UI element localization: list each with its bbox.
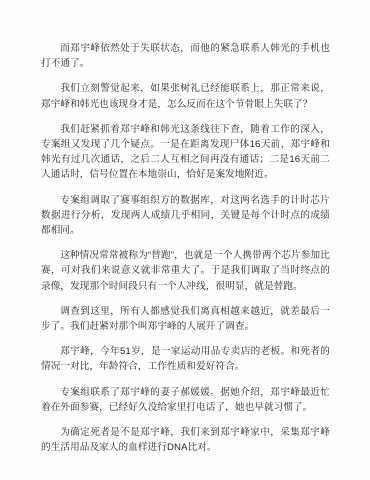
paragraph: 这种情况常常被称为“替跑”，也就是一个人携带两个芯片参加比赛，可对我们来说意义就… (41, 248, 330, 294)
paragraph: 专案组调取了赛事组织方的数据库，对这两名选手的计时芯片数据进行分析，发现两人成绩… (41, 193, 330, 239)
paragraph: 而郑宇峰依然处于失联状态，而他的紧急联系人韩光的手机也打不通了。 (41, 41, 330, 71)
paragraph: 我们赶紧抓着郑宇峰和韩光这条线往下查，随着工作的深入，专案组又发现了几个疑点。一… (41, 122, 330, 183)
document-page: 而郑宇峰依然处于失联状态，而他的紧急联系人韩光的手机也打不通了。 我们立刻警觉起… (0, 0, 370, 480)
paragraph: 调查到这里，所有人都感觉我们离真相越来越近，就差最后一步了。我们赶紧对那个叫郑宇… (41, 304, 330, 334)
paragraph: 专案组联系了郑宇峰的妻子郝媛媛。据她介绍，郑宇峰最近忙着在外面参赛，已经好久没给… (41, 385, 330, 415)
paragraph: 为确定死者是不是郑宇峰，我们来到郑宇峰家中，采集郑宇峰的生活用品及家人的血样进行… (41, 425, 330, 455)
document-text-body: 而郑宇峰依然处于失联状态，而他的紧急联系人韩光的手机也打不通了。 我们立刻警觉起… (41, 41, 330, 455)
paragraph: 我们立刻警觉起来，如果张树礼已经能联系上，那正常来说，郑宇峰和韩光也该现身才是，… (41, 81, 330, 111)
paragraph: 郑宇峰，今年51岁，是一家运动用品专卖店的老板。和死者的情况一对比，年龄符合，工… (41, 344, 330, 374)
